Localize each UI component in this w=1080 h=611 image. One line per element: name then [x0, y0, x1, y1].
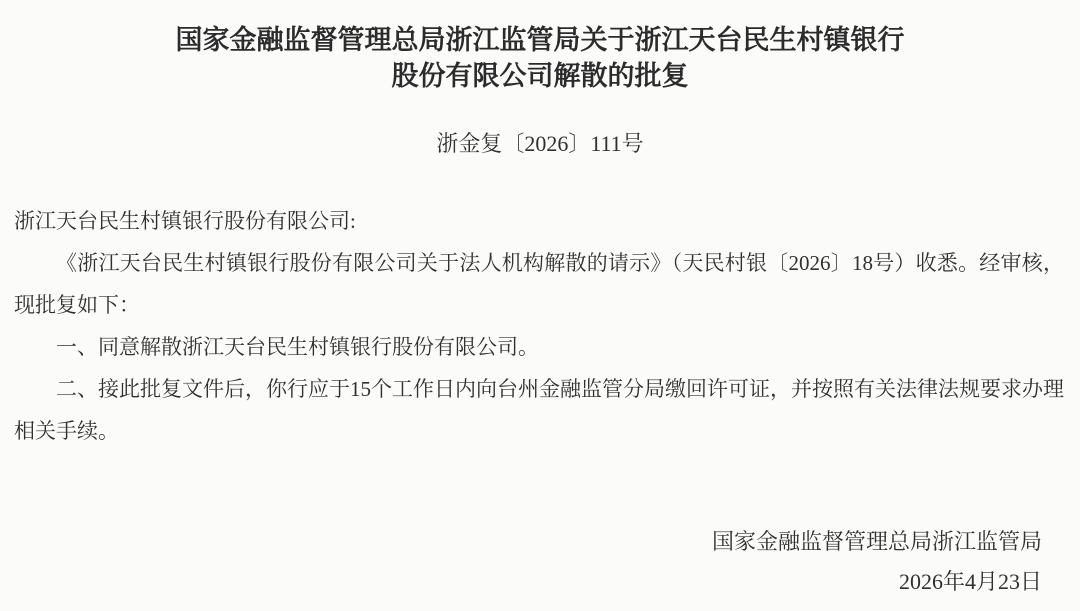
issuing-authority-signature: 国家金融监督管理总局浙江监管局 — [0, 522, 1042, 562]
document-title-line-2: 股份有限公司解散的批复 — [0, 58, 1080, 94]
body-paragraph-item-2: 二、接此批复文件后，你行应于15个工作日内向台州金融监管分局缴回许可证，并按照有… — [14, 368, 1064, 452]
issue-date: 2026年4月23日 — [0, 562, 1042, 602]
document-footer: 国家金融监督管理总局浙江监管局 2026年4月23日 — [0, 522, 1080, 602]
document-body: 浙江天台民生村镇银行股份有限公司: 《浙江天台民生村镇银行股份有限公司关于法人机… — [0, 200, 1080, 452]
document-title-line-1: 国家金融监督管理总局浙江监管局关于浙江天台民生村镇银行 — [0, 22, 1080, 58]
official-document-page: 国家金融监督管理总局浙江监管局关于浙江天台民生村镇银行 股份有限公司解散的批复 … — [0, 0, 1080, 611]
document-number: 浙金复〔2026〕111号 — [0, 129, 1080, 159]
body-paragraph-intro: 《浙江天台民生村镇银行股份有限公司关于法人机构解散的请示》（天民村银〔2026〕… — [14, 242, 1064, 326]
salutation-line: 浙江天台民生村镇银行股份有限公司: — [14, 200, 1064, 242]
document-title: 国家金融监督管理总局浙江监管局关于浙江天台民生村镇银行 股份有限公司解散的批复 — [0, 0, 1080, 94]
body-paragraph-item-1: 一、同意解散浙江天台民生村镇银行股份有限公司。 — [14, 326, 1064, 368]
